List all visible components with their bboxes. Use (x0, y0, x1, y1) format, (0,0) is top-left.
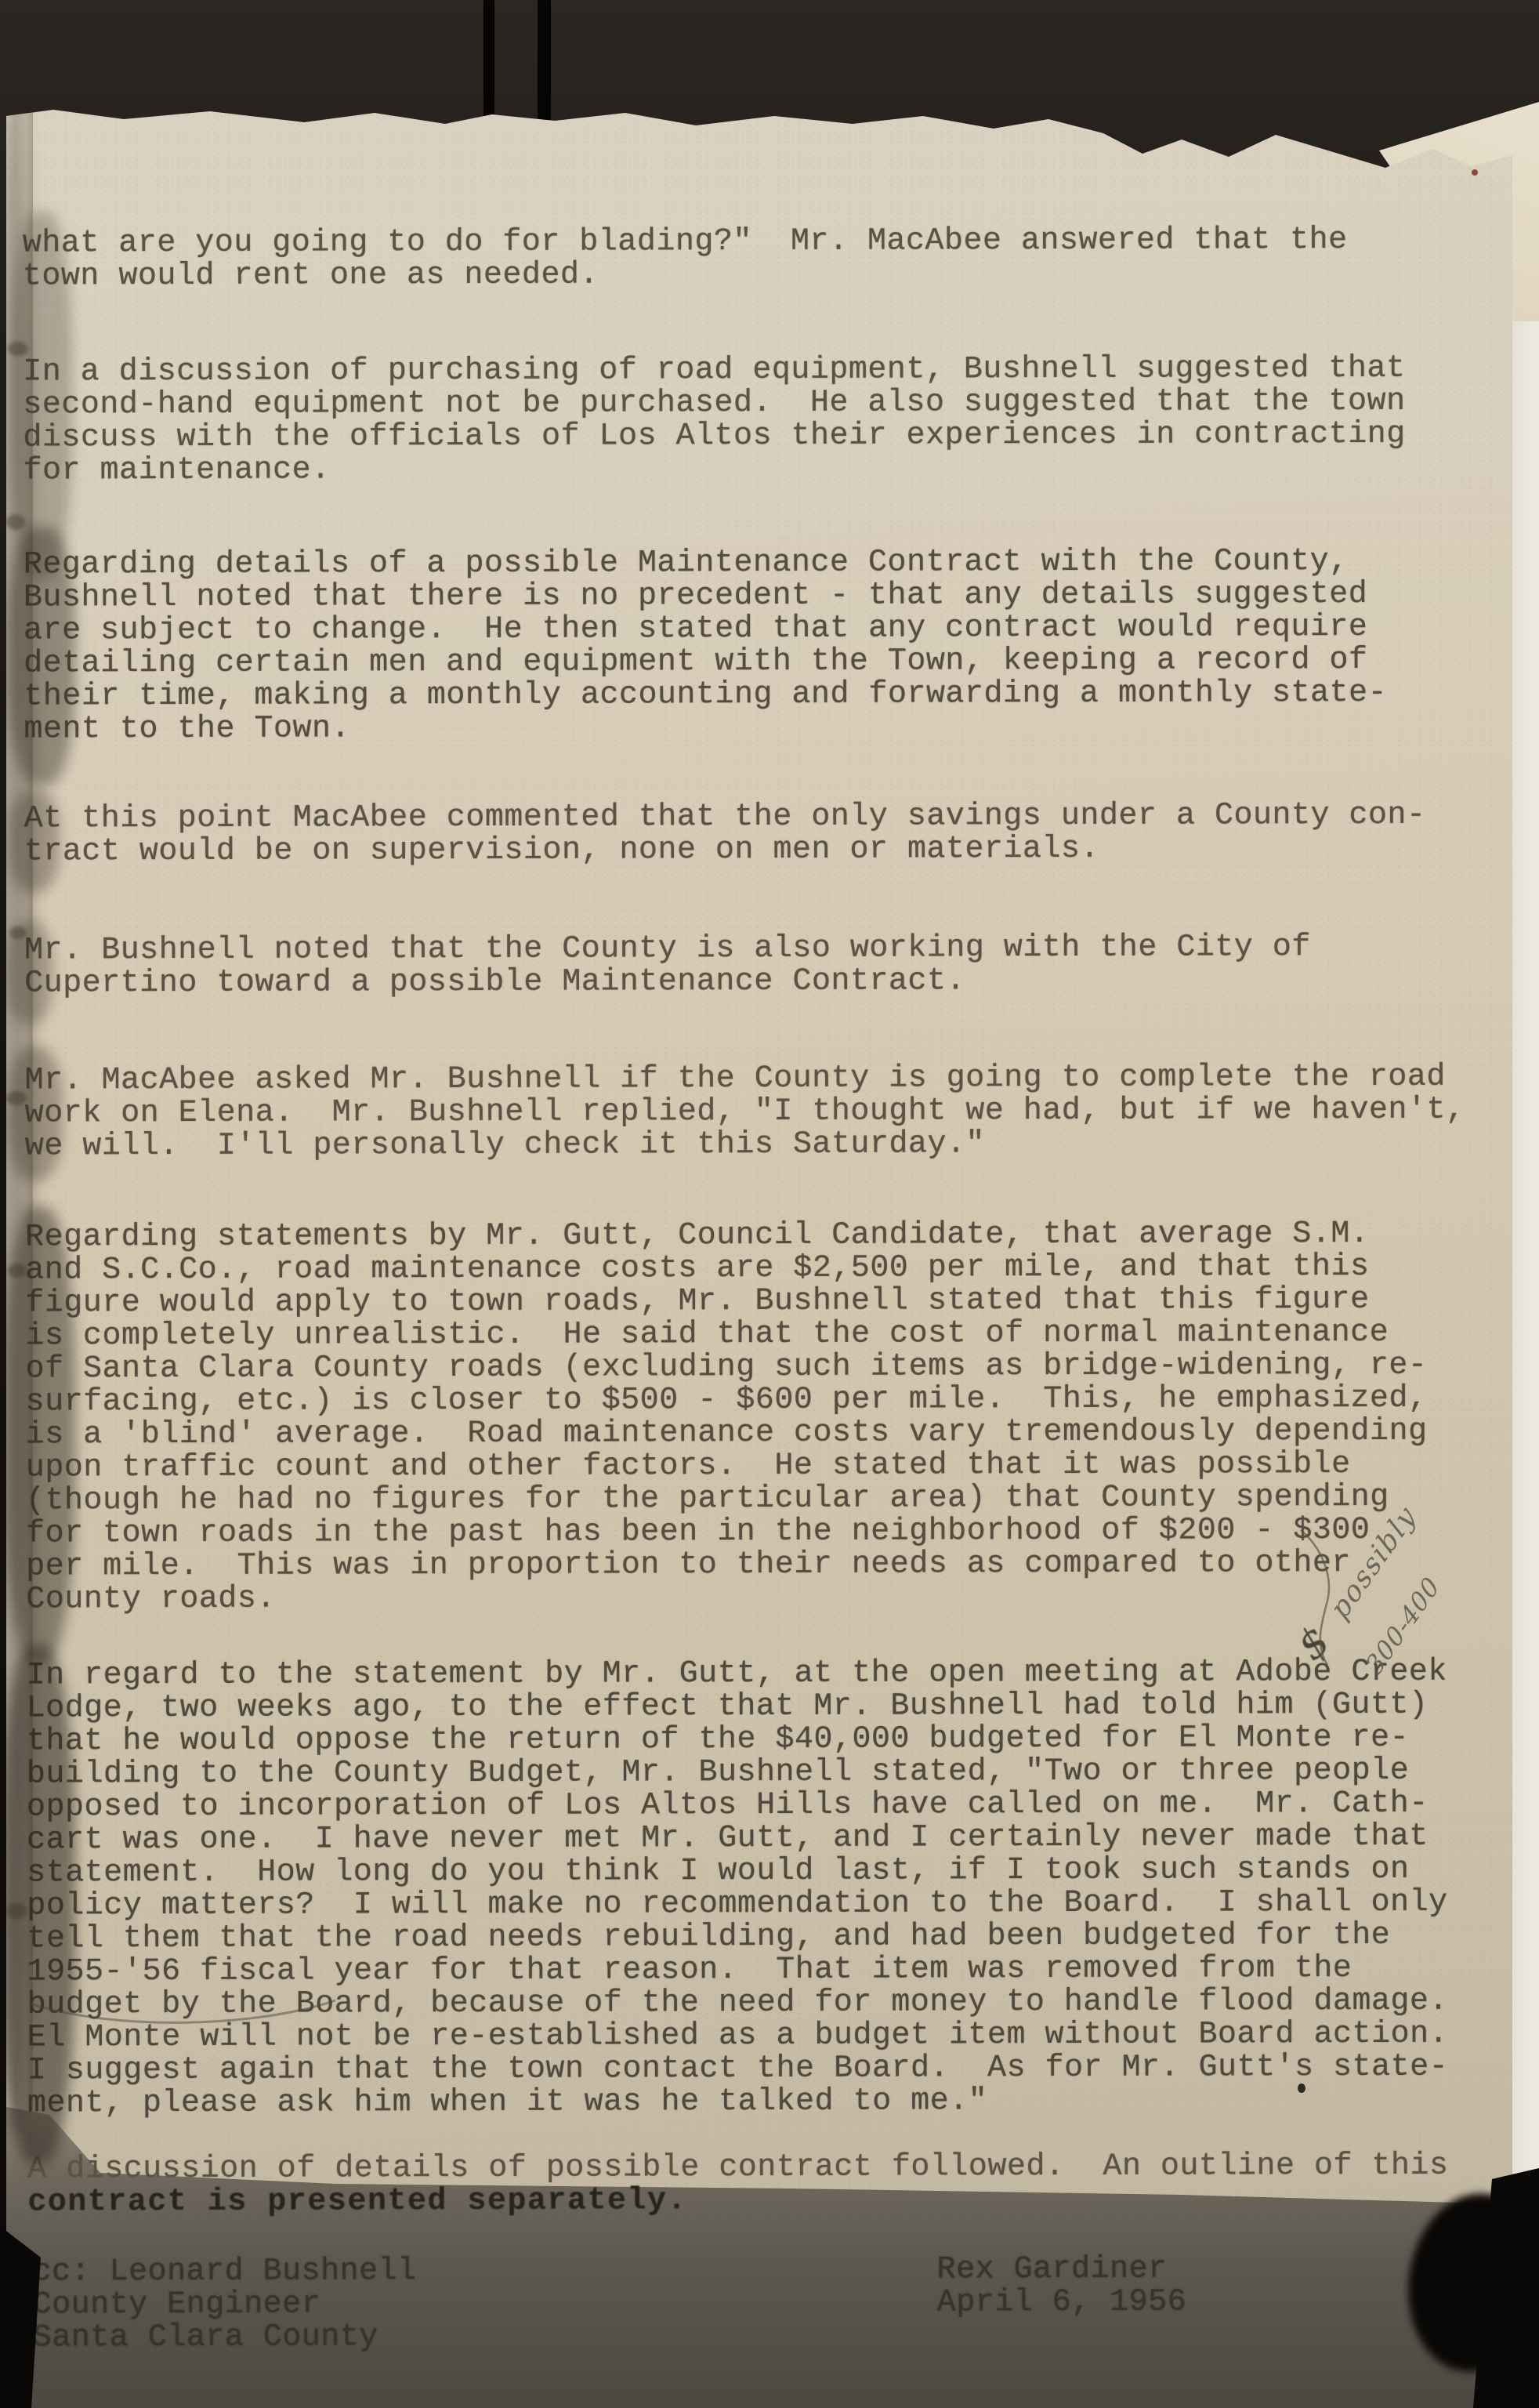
cc-block: cc: Leonard BushnellCounty EngineerSanta… (33, 2255, 417, 2355)
typewritten-line: contract is presented separately. (27, 2183, 1448, 2220)
typewritten-line: I suggest again that the town contact th… (27, 2051, 1448, 2088)
margin-mark (8, 1264, 27, 1278)
paragraph: In a discussion of purchasing of road eq… (23, 353, 1406, 488)
margin-mark (6, 1091, 27, 1105)
margin-mark (6, 1903, 27, 1919)
typewritten-line: per mile. This was in proportion to thei… (26, 1547, 1428, 1584)
typewritten-line: work on Elena. Mr. Bushnell replied, "I … (25, 1094, 1465, 1131)
paragraph: what are you going to do for blading?" M… (23, 224, 1348, 293)
typewritten-line: Bushnell noted that there is no preceden… (24, 578, 1387, 615)
typewritten-line: At this point MacAbee commented that the… (24, 800, 1426, 836)
typewritten-line: Regarding statements by Mr. Gutt, Counci… (25, 1218, 1427, 1255)
paragraph: At this point MacAbee commented that the… (24, 800, 1426, 869)
typewritten-line: Regarding details of a possible Maintena… (24, 546, 1387, 582)
typewritten-line: tract would be on supervision, none on m… (24, 832, 1426, 869)
typewritten-line: discuss with the officials of Los Altos … (23, 419, 1405, 455)
typewritten-line: are subject to change. He then stated th… (24, 611, 1387, 648)
typewritten-line: upon traffic count and other factors. He… (26, 1449, 1428, 1485)
binder-bar-icon (538, 0, 551, 125)
typewritten-line: A discussion of details of possible cont… (27, 2150, 1448, 2187)
typewritten-line: what are you going to do for blading?" M… (23, 224, 1348, 260)
typewritten-line: Cupertino toward a possible Maintenance … (24, 964, 1311, 1000)
typewritten-line: ment to the Town. (24, 710, 1387, 747)
margin-mark (8, 342, 28, 356)
signature-date: April 6, 1956 (937, 2287, 1187, 2320)
paragraph: Regarding statements by Mr. Gutt, Counci… (25, 1218, 1428, 1617)
page-sheet: what are you going to do for blading?" M… (6, 0, 1512, 2408)
underlying-page-edge (1508, 321, 1539, 2181)
paragraph: In regard to the statement by Mr. Gutt, … (27, 1656, 1449, 2121)
typewritten-line: (though he had no figures for the partic… (26, 1481, 1428, 1518)
typewritten-line: for town roads in the past has been in t… (26, 1514, 1428, 1551)
typewritten-line: County Engineer (33, 2288, 417, 2322)
paragraph: A discussion of details of possible cont… (27, 2150, 1449, 2220)
margin-mark (6, 514, 25, 530)
typewritten-line: cc: Leonard Bushnell (33, 2255, 417, 2289)
typewritten-line: their time, making a monthly accounting … (24, 677, 1387, 714)
typewritten-line: ment, please ask him when it was he talk… (27, 2084, 1448, 2121)
typewritten-line: we will. I'll personally check it this S… (25, 1127, 1465, 1164)
paragraph: Mr. MacAbee asked Mr. Bushnell if the Co… (25, 1061, 1465, 1164)
typewritten-line: County roads. (26, 1580, 1428, 1617)
typewritten-line: In a discussion of purchasing of road eq… (23, 353, 1405, 390)
typewritten-line: second-hand equipment not be purchased. … (23, 386, 1405, 422)
margin-mark (9, 927, 27, 939)
typewritten-text: what are you going to do for blading?" M… (3, 0, 1515, 2408)
red-speck (1472, 169, 1478, 176)
ink-dot (1298, 2083, 1305, 2093)
typewritten-line: is completely unrealistic. He said that … (25, 1317, 1427, 1354)
signature-block: Rex Gardiner April 6, 1956 (937, 2254, 1187, 2320)
typewritten-line: Mr. Bushnell noted that the County is al… (24, 931, 1311, 967)
paragraph: Mr. Bushnell noted that the County is al… (24, 931, 1311, 1000)
typewritten-line: figure would apply to town roads, Mr. Bu… (25, 1284, 1427, 1321)
typewritten-line: detailing certain men and equipment with… (24, 644, 1387, 681)
typewritten-line: town would rent one as needed. (23, 257, 1348, 293)
typewritten-line: and S.C.Co., road maintenance costs are … (25, 1251, 1427, 1288)
signature-name: Rex Gardiner (937, 2254, 1187, 2287)
paragraph: Regarding details of a possible Maintena… (24, 546, 1387, 747)
typewritten-line: is a 'blind' average. Road maintenance c… (26, 1416, 1428, 1452)
typewritten-line: Santa Clara County (33, 2321, 417, 2355)
typewritten-line: of Santa Clara County roads (excluding s… (25, 1350, 1427, 1387)
typewritten-line: surfacing, etc.) is closer to $500 - $60… (26, 1383, 1428, 1420)
typewritten-line: for maintenance. (23, 451, 1405, 488)
binder-bar-icon (483, 0, 494, 119)
